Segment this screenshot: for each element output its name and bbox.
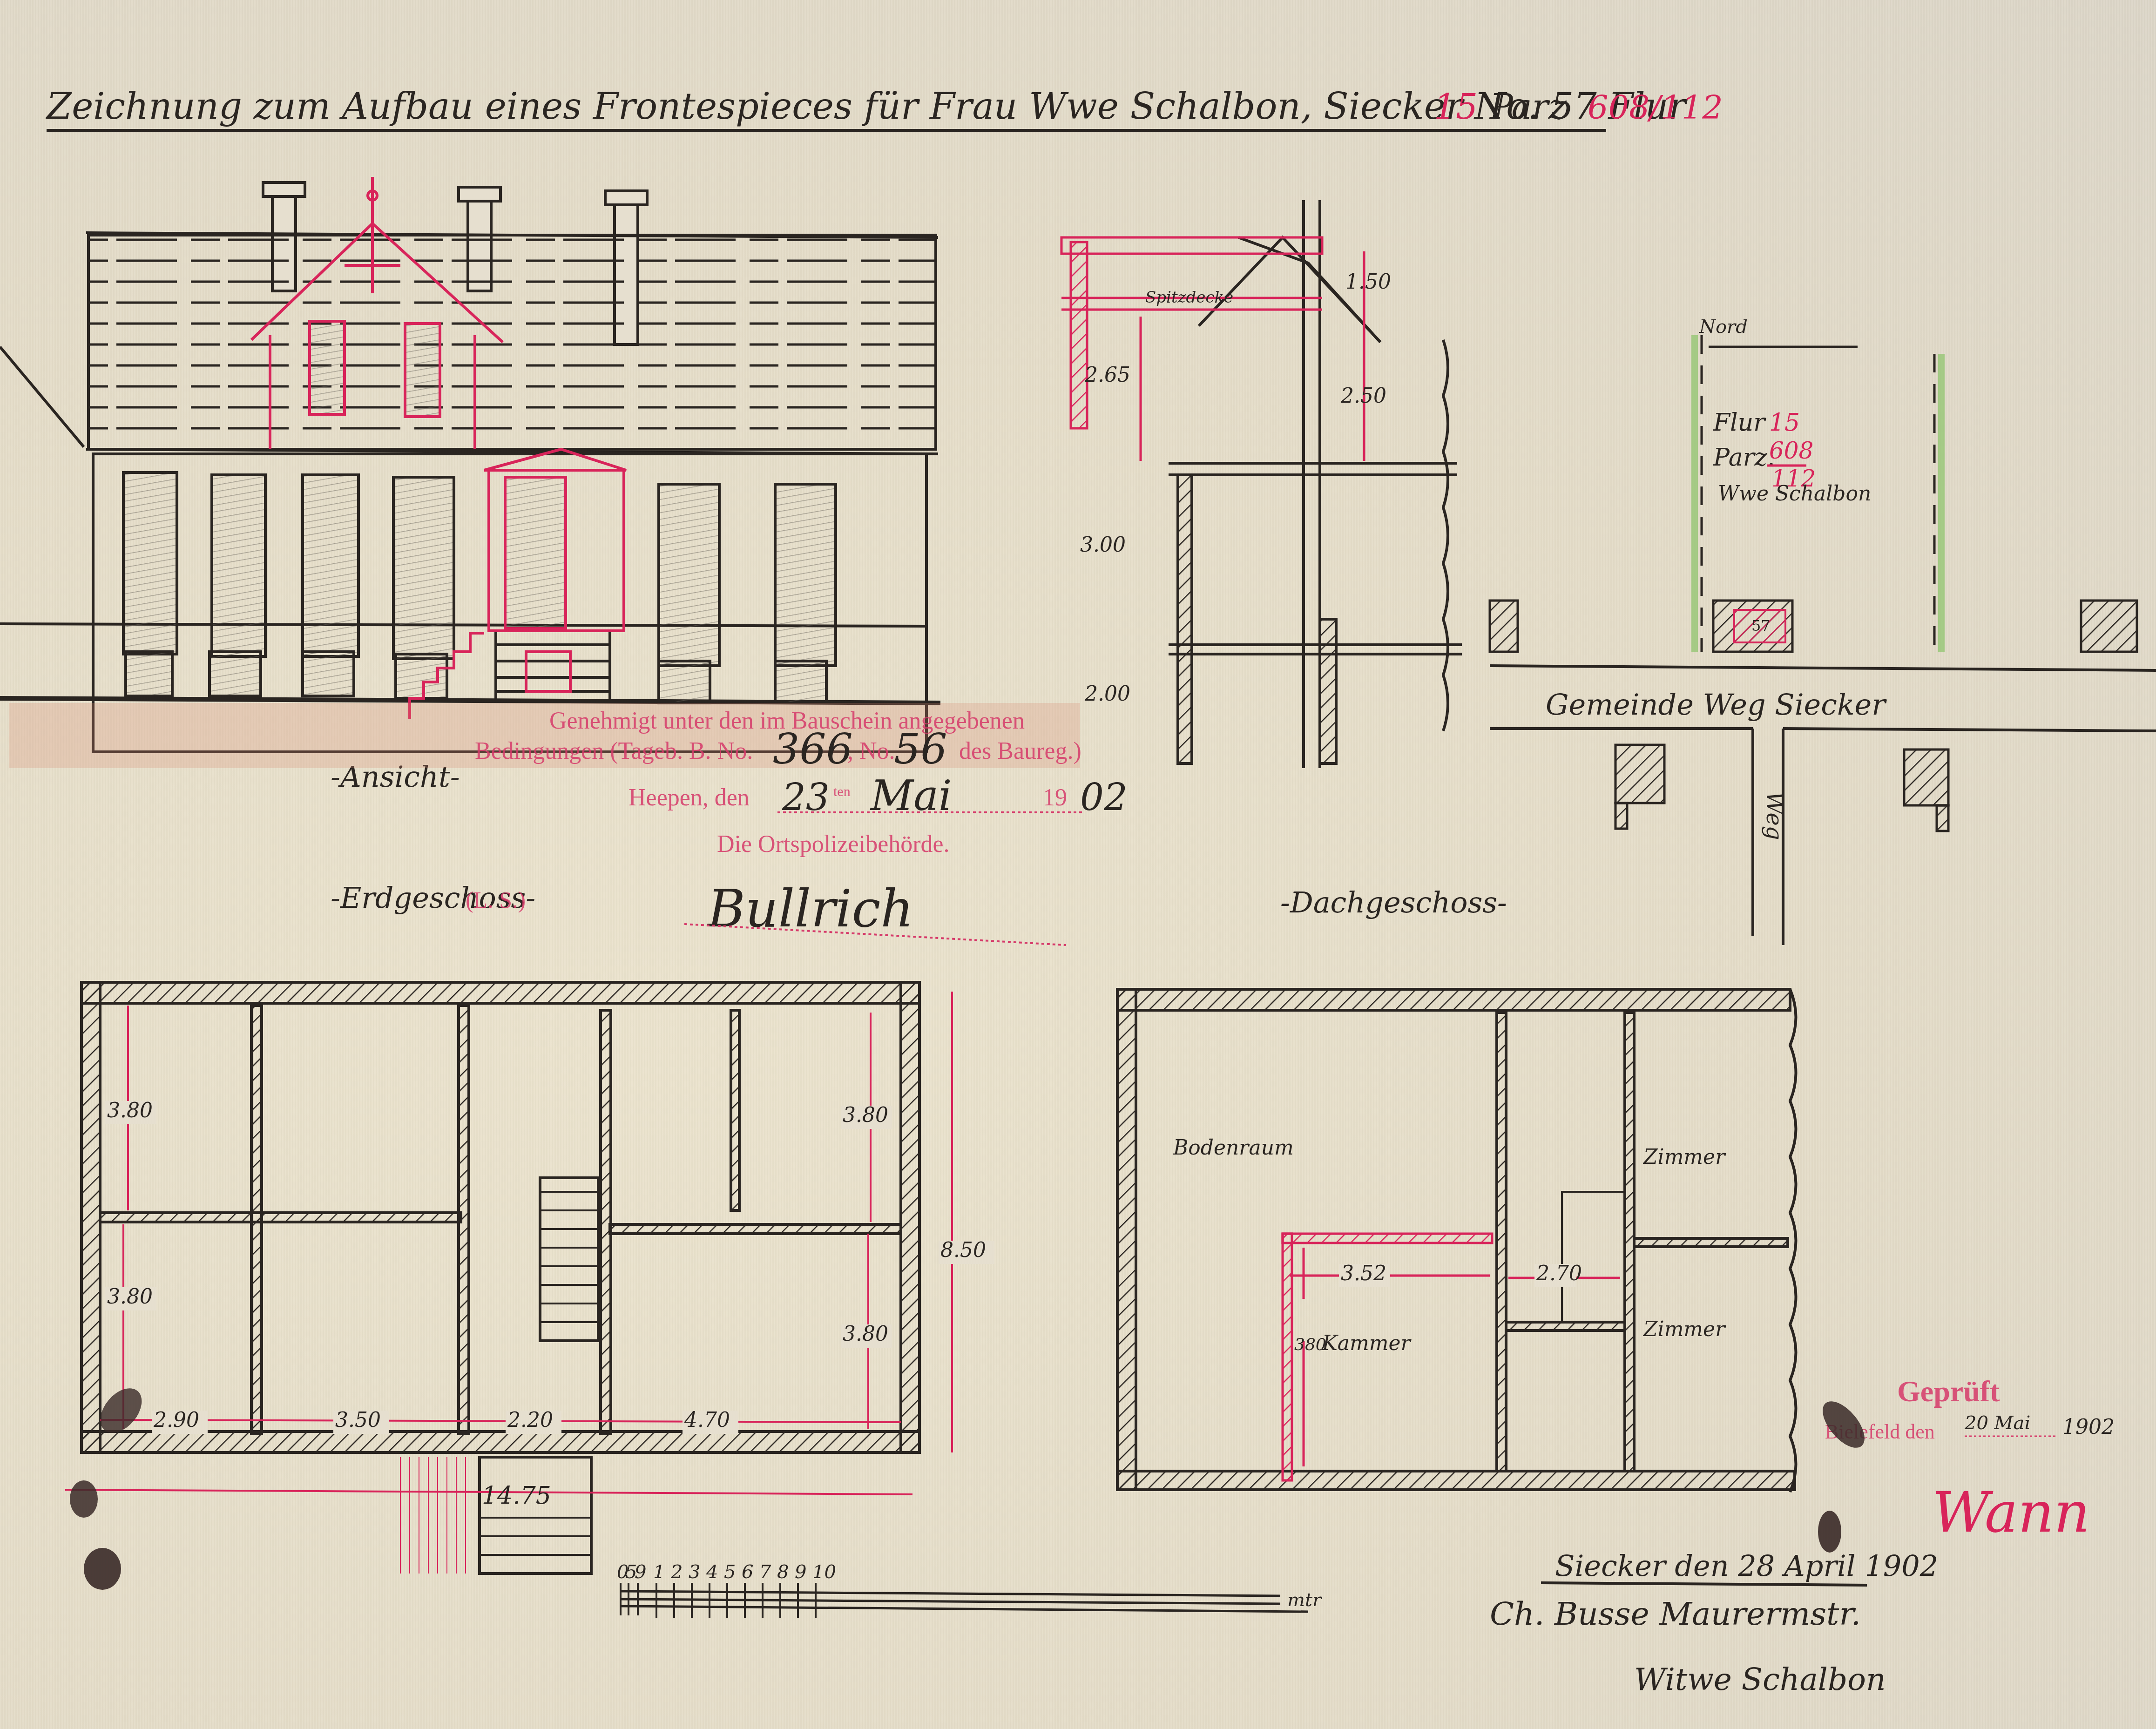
dim-attic-existing: 2.50	[1340, 384, 1386, 408]
checked-signature: Wann	[1932, 1480, 2090, 1545]
stamp-baureg-no: 56	[894, 725, 947, 774]
dim-width-4: 4.70	[684, 1408, 730, 1432]
room-zimmer-2: Zimmer	[1642, 1317, 1726, 1341]
footer-signatures: Siecker den 28 April 1902 Ch. Busse Maur…	[1490, 1549, 1938, 1697]
footer-owner-signature: Witwe Schalbon	[1634, 1661, 1886, 1697]
site-plan: Nord Flur 15 Parz. 608 112 Wwe Schalbon …	[1490, 316, 2156, 945]
stamp-day-suffix: ten	[833, 784, 851, 799]
stamp-tageb-no: 366	[773, 725, 853, 774]
dim-total-length: 14.75	[482, 1482, 551, 1510]
svg-text:4: 4	[706, 1561, 718, 1583]
section-note: Spitzdecke	[1145, 288, 1233, 307]
footer-builder: Ch. Busse Maurermstr.	[1490, 1596, 1861, 1633]
stamp-authority: Die Ortspolizeibehörde.	[717, 831, 950, 858]
svg-text:1: 1	[653, 1561, 665, 1583]
site-owner: Wwe Schalbon	[1718, 482, 1871, 506]
dim-depth-2: 3.80	[107, 1285, 153, 1309]
checked-date: 20 Mai	[1964, 1412, 2030, 1434]
stamp-line2-suffix: des Baureg.)	[959, 738, 1081, 764]
dim-depth-4: 3.80	[843, 1322, 888, 1346]
attic-label: -Dachgeschoss-	[1280, 885, 1507, 919]
road-label: Gemeinde Weg Siecker	[1546, 688, 1887, 722]
house-number: 57	[1751, 617, 1771, 635]
stamp-place: Heepen, den	[629, 784, 750, 811]
dim-hall-width: 2.70	[1536, 1262, 1582, 1285]
svg-text:9: 9	[635, 1561, 646, 1583]
site-flur-label: Flur	[1713, 409, 1766, 437]
stamp-line2-mid: , No.	[847, 738, 895, 764]
dim-ground-floor: 3.00	[1080, 533, 1126, 557]
checked-title: Geprüft	[1897, 1375, 2000, 1408]
stamp-seal: (L. S.)	[466, 887, 526, 913]
dim-kammer-width: 3.52	[1341, 1262, 1386, 1285]
svg-text:3: 3	[689, 1561, 700, 1583]
svg-text:6: 6	[742, 1561, 753, 1583]
room-bodenraum: Bodenraum	[1173, 1136, 1294, 1160]
site-parz-label: Parz.	[1713, 444, 1775, 472]
dim-attic-new: 2.65	[1084, 363, 1130, 387]
svg-text:5: 5	[724, 1561, 736, 1583]
building-section	[1169, 200, 1462, 768]
stamp-line2-prefix: Bedingungen (Tageb. B. No.	[475, 738, 753, 764]
stamp-signature: Bullrich	[707, 879, 913, 939]
title-parz-number: 608/112	[1588, 88, 1723, 127]
checked-year: 1902	[2062, 1415, 2115, 1439]
title-flur-number: 15	[1434, 87, 1478, 127]
svg-text:7: 7	[759, 1561, 771, 1583]
room-kammer: Kammer	[1322, 1331, 1412, 1355]
north-label: Nord	[1699, 316, 1748, 338]
title-parz-label: Parz	[1489, 87, 1567, 127]
dim-cellar: 2.00	[1084, 682, 1130, 706]
section-dimensions: 2.65 1.50 2.50 3.00 2.00 Spitzdecke	[1080, 270, 1391, 706]
svg-text:8: 8	[777, 1561, 789, 1583]
dim-depth-1: 3.80	[107, 1099, 153, 1122]
dim-width-2: 3.50	[335, 1408, 381, 1432]
svg-text:2: 2	[670, 1561, 683, 1583]
room-zimmer-1: Zimmer	[1642, 1145, 1726, 1169]
svg-text:mtr: mtr	[1287, 1589, 1323, 1611]
side-road-label: Weg	[1761, 791, 1787, 840]
architectural-drawing: Zeichnung zum Aufbau eines Frontespieces…	[0, 0, 2156, 1729]
svg-text:9: 9	[795, 1561, 806, 1583]
dim-width-1: 2.90	[153, 1408, 199, 1432]
stamp-year-suffix: 02	[1080, 776, 1128, 819]
footer-place-date: Siecker den 28 April 1902	[1555, 1549, 1938, 1583]
checked-stamp: Geprüft Bielefeld den 20 Mai 1902 Wann	[1825, 1375, 2115, 1545]
dim-gable: 1.50	[1345, 270, 1391, 294]
stamp-year-prefix: 19	[1043, 784, 1067, 811]
approval-stamp: Genehmigt unter den im Bauschein angegeb…	[9, 703, 1128, 945]
front-elevation	[0, 182, 940, 752]
site-flur-value: 15	[1769, 409, 1800, 437]
svg-text:10: 10	[812, 1561, 836, 1583]
scale-bar	[621, 1583, 1308, 1618]
dim-depth-3: 3.80	[843, 1103, 888, 1127]
site-parz-numerator: 608	[1769, 437, 1813, 464]
title-block: Zeichnung zum Aufbau eines Frontespieces…	[45, 86, 1723, 130]
dim-kammer-depth: 380	[1294, 1335, 1326, 1354]
dim-width-3: 2.20	[507, 1408, 553, 1432]
dim-total-depth: 8.50	[940, 1238, 986, 1262]
